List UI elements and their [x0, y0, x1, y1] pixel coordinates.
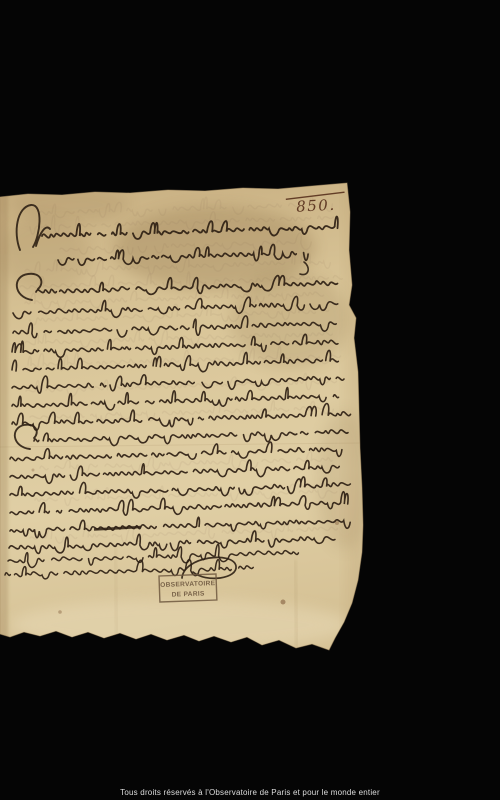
archival-number: 850. — [296, 196, 336, 216]
copyright-caption: Tous droits réservés à l'Observatoire de… — [0, 788, 500, 797]
photo-stage: 850. OBSERVATOIRE DE PARIS Tous droits r… — [0, 0, 500, 800]
fox-spot — [58, 610, 62, 614]
light-worn-edge — [10, 599, 350, 651]
right-edge-shadow — [348, 183, 366, 653]
fox-spot — [32, 469, 35, 472]
stamp-line2: DE PARIS — [172, 590, 206, 598]
manuscript-photo: 850. OBSERVATOIRE DE PARIS — [0, 0, 500, 800]
fox-spot — [281, 600, 286, 605]
